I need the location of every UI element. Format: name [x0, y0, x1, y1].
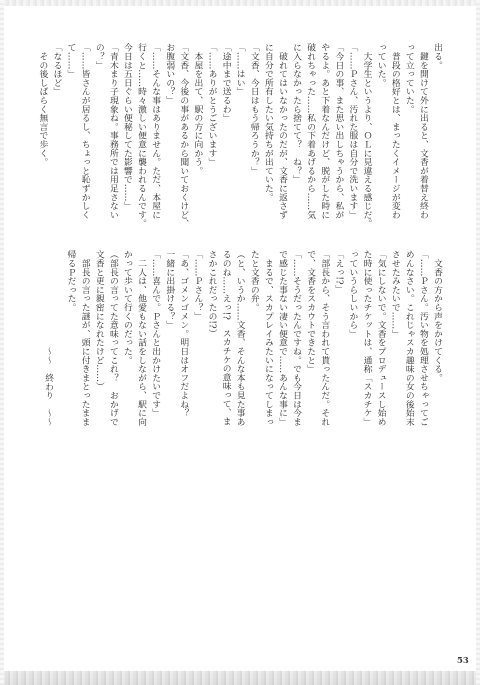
- text-line: 文香の方から声をかけてくる。: [430, 250, 444, 427]
- text-line: 部長の言った謎が、頭に付きまとったまま: [78, 250, 92, 427]
- text-line: 破れてはいなかったのだが、文香に返さず: [275, 43, 289, 220]
- text-line: っていうらしいから」: [345, 250, 359, 427]
- text-line: た時に使ったチケットは、通称「スカチケ」: [359, 250, 373, 427]
- text-line: 「……Ｐさん、汚れた服は自分で洗います」: [345, 43, 359, 220]
- text-line: たと文香の弁。: [247, 250, 261, 427]
- text-line: 「……ありがとうございます」: [204, 43, 218, 220]
- text-line: 「……そうだったんですね。でも今日は今ま: [289, 250, 303, 427]
- text-line: 大学生というより、ＯＬに見違える感じだ。: [359, 43, 373, 220]
- text-line: 「えっ!?」: [331, 250, 345, 427]
- text-line: 「文香、今日はもう帰ろうか？」: [247, 43, 261, 220]
- text-line: 帰るＰだった。: [63, 250, 77, 427]
- text-line: 「気にしないで。文香をプロデュースし始め: [374, 250, 388, 427]
- text-line: 普段の格好とは、まったくイメージが変わ: [388, 43, 402, 220]
- text-line: やるよ。あと下着なんだけど、脱がした時に: [317, 43, 331, 220]
- text-line: まるで、スカプレイみたいになってしまっ: [261, 250, 275, 427]
- page-border-left: [0, 0, 4, 685]
- text-line: っていた。: [374, 43, 388, 220]
- text-line: 「青木まり子現象ね。事務所では用足さない: [106, 43, 120, 220]
- page-border-top: [0, 0, 480, 6]
- text-line: 文香と更に親密になれたけど……）: [92, 250, 106, 427]
- text-line: るのね……えっ!? スカチケの意味って、ま: [219, 250, 233, 427]
- text-line: 「……皆さんが居るし、ちょっと恥ずかしく: [78, 43, 92, 220]
- text-line: 今日は五日ぐらい便秘してた影響で……」: [120, 43, 134, 220]
- text-line: に自分で所有したい気持ちが出ていた。: [261, 43, 275, 220]
- text-line: お腹弱いの？」: [162, 43, 176, 220]
- text-line: 本屋を出て、駅の方に向かう。: [190, 43, 204, 220]
- text-line: 「……はい」: [233, 43, 247, 220]
- text-line: 「……Ｐさん。汚い物を処理させちゃってご: [416, 250, 430, 427]
- upper-text-block: 出る。 鍵を開けて外に出ると、文香が着替え終わ って立っていた。 普段の格好とは…: [35, 43, 444, 220]
- text-line: させたみたいで……」: [388, 250, 402, 427]
- text-line: 一緒に出掛ける？」: [162, 250, 176, 427]
- text-line: 「今日の事、また思い出しちゃうから、私が: [331, 43, 345, 220]
- text-line: 「なるほど」: [49, 43, 63, 220]
- text-line: で感じた事ない凄い便意で……あんな事に」: [275, 250, 289, 427]
- text-line: て……」: [63, 43, 77, 220]
- page-number: 53: [457, 656, 469, 666]
- text-line: 「途中まで送るわ」: [219, 43, 233, 220]
- text-line: めんなさい。これじゃスカ趣味の女の後始末: [402, 250, 416, 427]
- end-mark: ～～ 終わり ～～: [41, 347, 55, 426]
- page-border-right: [476, 0, 480, 685]
- text-line: って立っていた。: [402, 43, 416, 220]
- text-line: に入らなかったら捨てて？ ね？」: [289, 43, 303, 220]
- text-line: 「部長から、そう言われて貰ったんだ。それ: [317, 250, 331, 427]
- lower-text-block: 文香の方から声をかけてくる。 「……Ｐさん。汚い物を処理させちゃってご めんなさ…: [63, 250, 444, 427]
- text-line: 鍵を開けて外に出ると、文香が着替え終わ: [416, 43, 430, 220]
- text-line: 二人は、他愛もない話をしながら、駅に向: [134, 250, 148, 427]
- page-border-bottom: [0, 671, 480, 685]
- text-line: かって歩いて行くのだった。: [120, 250, 134, 427]
- text-line: 「……喜んで。Ｐさんと出かけたいです」: [148, 250, 162, 427]
- text-line: （部長の言ってた意味ってこれ？ おかげで: [106, 250, 120, 427]
- text-line: 破れちゃった……私の下着あげるから……気: [303, 43, 317, 220]
- text-line: 「文香、今後の事があるから聞いておくけど、: [176, 43, 190, 220]
- text-line: 「……Ｐさん？」: [190, 250, 204, 427]
- text-line: （と、いうか……文香、そんな本も見た事あ: [233, 250, 247, 427]
- text-line: さかこれだったの!?）: [204, 250, 218, 427]
- text-line: その後しばらく無言で歩く。: [35, 43, 49, 220]
- text-line: の？」: [92, 43, 106, 220]
- text-line: 行くと……時々激しい便意に襲われるんです。: [134, 43, 148, 220]
- text-line: 「あ、ゴメンゴメン。明日はオフだよね？: [176, 250, 190, 427]
- text-line: 出る。: [430, 43, 444, 220]
- text-line: で、文香をスカウトできたと」: [303, 250, 317, 427]
- text-line: 「……そんな事はありません。ただ、本屋に: [148, 43, 162, 220]
